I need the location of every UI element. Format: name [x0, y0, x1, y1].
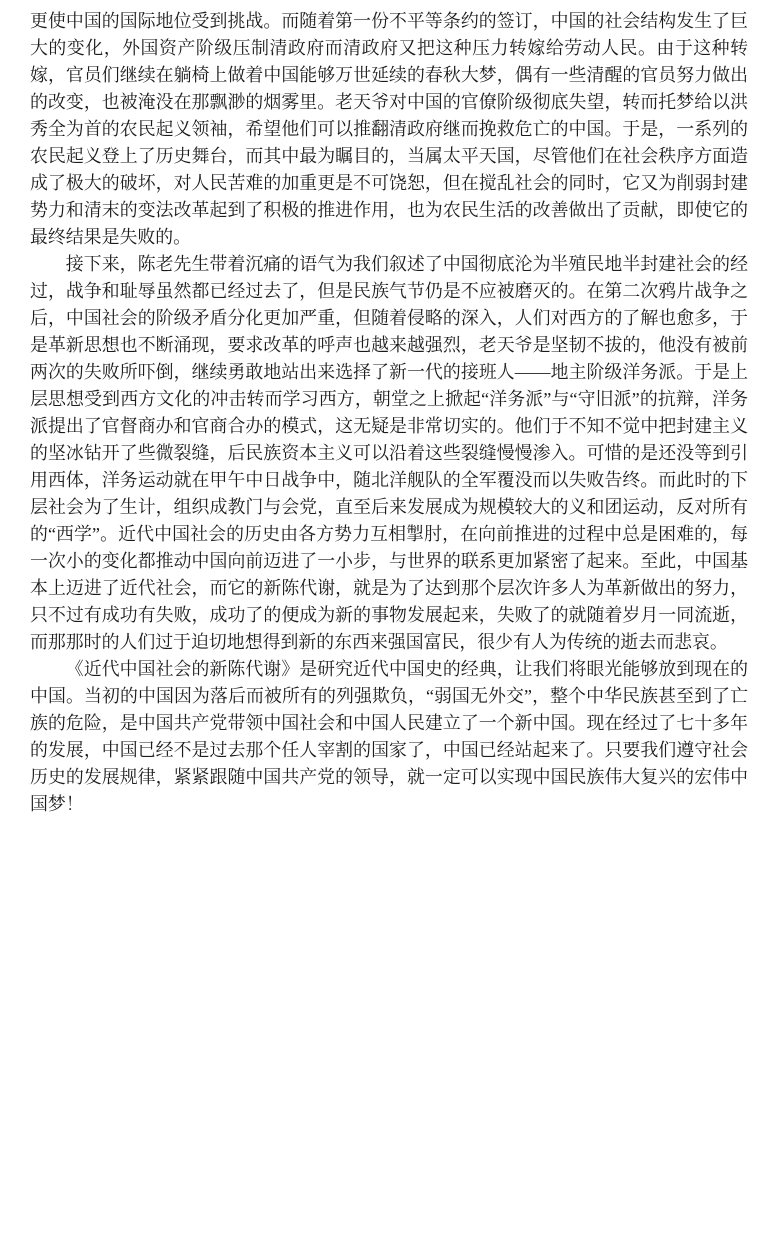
document-body: 更使中国的国际地位受到挑战。而随着第一份不平等条约的签订，中国的社会结构发生了巨…: [30, 8, 748, 818]
document-page: 更使中国的国际地位受到挑战。而随着第一份不平等条约的签订，中国的社会结构发生了巨…: [0, 0, 777, 1247]
paragraph-2: 接下来，陈老先生带着沉痛的语气为我们叙述了中国彻底沦为半殖民地半封建社会的经过，…: [30, 251, 748, 656]
paragraph-1: 更使中国的国际地位受到挑战。而随着第一份不平等条约的签订，中国的社会结构发生了巨…: [30, 8, 748, 251]
paragraph-3: 《近代中国社会的新陈代谢》是研究近代中国史的经典，让我们将眼光能够放到现在的中国…: [30, 656, 748, 818]
